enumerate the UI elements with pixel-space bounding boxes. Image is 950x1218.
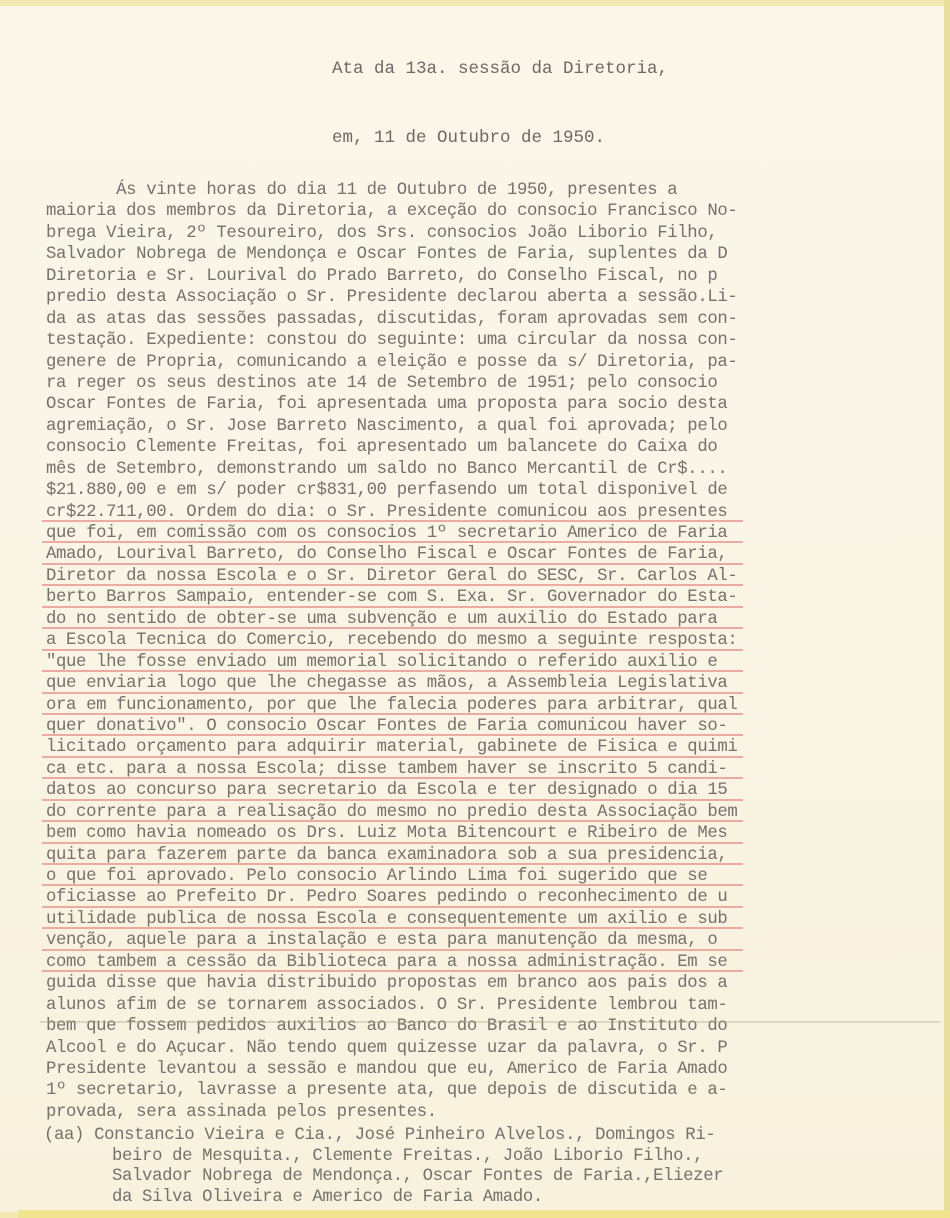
body-line: Diretor da nossa Escola e o Sr. Diretor … — [46, 566, 737, 587]
body-line: Alcool e do Açucar. Não tendo quem quize… — [46, 1038, 737, 1059]
paper-fold-crease — [40, 1021, 940, 1023]
body-line: consocio Clemente Freitas, foi apresenta… — [46, 437, 737, 458]
title-line-1: Ata da 13a. sessão da Diretoria, — [332, 58, 668, 81]
body-line: que foi, em comissão com os consocios 1º… — [46, 523, 737, 544]
signature-line: da Silva Oliveira e Americo de Faria Ama… — [44, 1188, 723, 1209]
body-line: oficiasse ao Prefeito Dr. Pedro Soares p… — [46, 887, 737, 908]
scan-edge-bottom — [18, 1210, 950, 1218]
body-line: Salvador Nobrega de Mendonça e Oscar Fon… — [46, 244, 737, 265]
body-line: do corrente para a realisação do mesmo n… — [46, 802, 737, 823]
body-line: berto Barros Sampaio, entender-se com S.… — [46, 587, 737, 608]
body-line: alunos afim de se tornarem associados. O… — [46, 995, 737, 1016]
body-line: maioria dos membros da Diretoria, a exce… — [46, 201, 737, 222]
body-line: datos ao concurso para secretario da Esc… — [46, 780, 737, 801]
signature-line: beiro de Mesquita., Clemente Freitas., J… — [44, 1147, 723, 1168]
body-line: utilidade publica de nossa Escola e cons… — [46, 909, 737, 930]
body-line: ca etc. para a nossa Escola; disse tambe… — [46, 759, 737, 780]
body-line: bem que fossem pedidos auxilios ao Banco… — [46, 1016, 737, 1037]
body-line: guida disse que havia distribuido propos… — [46, 973, 737, 994]
body-line: venção, aquele para a instalação e esta … — [46, 930, 737, 951]
body-line: Oscar Fontes de Faria, foi apresentada u… — [46, 394, 737, 415]
body-line: brega Vieira, 2º Tesoureiro, dos Srs. co… — [46, 223, 737, 244]
body-line: a Escola Tecnica do Comercio, recebendo … — [46, 630, 737, 651]
body-line: quer donativo". O consocio Oscar Fontes … — [46, 716, 737, 737]
signatures-block: (aa) Constancio Vieira e Cia., José Pinh… — [44, 1126, 723, 1208]
signature-line: (aa) Constancio Vieira e Cia., José Pinh… — [44, 1126, 723, 1147]
body-line: como tambem a cessão da Biblioteca para … — [46, 952, 737, 973]
body-line: Presidente levantou a sessão e mandou qu… — [46, 1059, 737, 1080]
scan-edge-right — [944, 0, 950, 1218]
body-line: Amado, Lourival Barreto, do Conselho Fis… — [46, 544, 737, 565]
document-title: Ata da 13a. sessão da Diretoria, em, 11 … — [332, 12, 668, 196]
body-line: 1º secretario, lavrasse a presente ata, … — [46, 1080, 737, 1101]
body-line: provada, sera assinada pelos presentes. — [46, 1102, 737, 1123]
body-line: que enviaria logo que lhe chegasse as mã… — [46, 673, 737, 694]
typewritten-page: Ata da 13a. sessão da Diretoria, em, 11 … — [0, 6, 945, 1212]
body-line: ra reger os seus destinos ate 14 de Sete… — [46, 373, 737, 394]
body-line: licitado orçamento para adquirir materia… — [46, 737, 737, 758]
body-line: Diretoria e Sr. Lourival do Prado Barret… — [46, 266, 737, 287]
body-line: predio desta Associação o Sr. Presidente… — [46, 287, 737, 308]
body-line: bem como havia nomeado os Drs. Luiz Mota… — [46, 823, 737, 844]
body-line: agremiação, o Sr. Jose Barreto Nasciment… — [46, 416, 737, 437]
body-line: "que lhe fosse enviado um memorial solic… — [46, 652, 737, 673]
minutes-body: Ás vinte horas do dia 11 de Outubro de 1… — [46, 180, 737, 1123]
body-line: mês de Setembro, demonstrando um saldo n… — [46, 459, 737, 480]
body-line: da as atas das sessões passadas, discuti… — [46, 309, 737, 330]
body-line: testação. Expediente: constou do seguint… — [46, 330, 737, 351]
body-line: ora em funcionamento, por que lhe faleci… — [46, 695, 737, 716]
body-line: $21.880,00 e em s/ poder cr$831,00 perfa… — [46, 480, 737, 501]
body-line: genere de Propria, comunicando a eleição… — [46, 352, 737, 373]
signature-line: Salvador Nobrega de Mendonça., Oscar Fon… — [44, 1167, 723, 1188]
body-line: cr$22.711,00. Ordem do dia: o Sr. Presid… — [46, 502, 737, 523]
body-line: do no sentido de obter-se uma subvenção … — [46, 609, 737, 630]
body-line: Ás vinte horas do dia 11 de Outubro de 1… — [46, 180, 737, 201]
body-line: quita para fazerem parte da banca examin… — [46, 845, 737, 866]
body-line: o que foi aprovado. Pelo consocio Arlind… — [46, 866, 737, 887]
title-line-2: em, 11 de Outubro de 1950. — [332, 127, 668, 150]
